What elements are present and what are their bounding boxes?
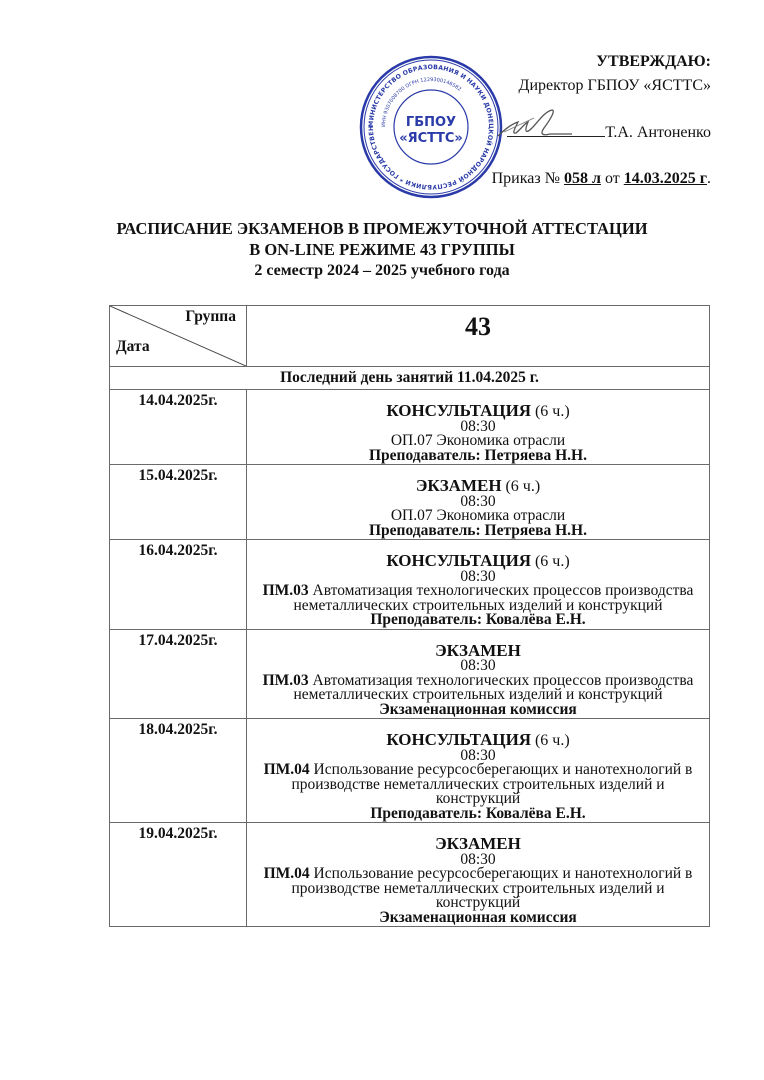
event-type: КОНСУЛЬТАЦИЯ	[386, 730, 531, 749]
group-number: 43	[247, 306, 710, 367]
order-number: 058 л	[564, 170, 601, 187]
approval-heading: УТВЕРЖДАЮ:	[492, 50, 711, 74]
event-cell: КОНСУЛЬТАЦИЯ (6 ч.) 08:30 ПМ.03 Автомати…	[247, 540, 710, 630]
last-day-note: Последний день занятий 11.04.2025 г.	[110, 367, 710, 390]
event-cell: ЭКЗАМЕН 08:30 ПМ.04 Использование ресурс…	[247, 823, 710, 927]
table-row: 18.04.2025г. КОНСУЛЬТАЦИЯ (6 ч.) 08:30 П…	[110, 719, 710, 823]
table-row: 17.04.2025г. ЭКЗАМЕН 08:30 ПМ.03 Автомат…	[110, 629, 710, 719]
subject-name: Автоматизация технологических процессов …	[293, 672, 693, 704]
event-subject: ПМ.04 Использование ресурсосберегающих и…	[259, 867, 697, 911]
order-suffix: .	[707, 170, 711, 187]
order-prefix: Приказ №	[492, 170, 560, 187]
title-line-1: РАСПИСАНИЕ ЭКЗАМЕНОВ В ПРОМЕЖУТОЧНОЙ АТТ…	[0, 218, 764, 239]
event-hours: (6 ч.)	[535, 553, 570, 570]
table-row: 16.04.2025г. КОНСУЛЬТАЦИЯ (6 ч.) 08:30 П…	[110, 540, 710, 630]
svg-text:ГБПОУ: ГБПОУ	[406, 115, 456, 130]
event-cell: ЭКЗАМЕН (6 ч.) 08:30 ОП.07 Экономика отр…	[247, 465, 710, 540]
order-from: от	[605, 170, 620, 187]
date-cell: 17.04.2025г.	[110, 629, 247, 719]
approver-position: Директор ГБПОУ «ЯСТТС»	[492, 74, 711, 98]
svg-text:«ЯСТТС»: «ЯСТТС»	[399, 131, 463, 146]
header-date-label: Дата	[116, 338, 150, 356]
event-hours: (6 ч.)	[535, 403, 570, 420]
subject-name: Использование ресурсосберегающих и нанот…	[291, 761, 692, 807]
event-cell: КОНСУЛЬТАЦИЯ (6 ч.) 08:30 ОП.07 Экономик…	[247, 390, 710, 465]
stamp-seal-icon: МИНИСТЕРСТВО ОБРАЗОВАНИЯ И НАУКИ ДОНЕЦКО…	[358, 54, 504, 200]
event-responsible: Экзаменационная комиссия	[259, 911, 697, 926]
event-responsible: Экзаменационная комиссия	[259, 703, 697, 718]
event-subject: ПМ.03 Автоматизация технологических проц…	[259, 674, 697, 703]
document-title: РАСПИСАНИЕ ЭКЗАМЕНОВ В ПРОМЕЖУТОЧНОЙ АТТ…	[0, 218, 764, 281]
event-hours: (6 ч.)	[535, 732, 570, 749]
last-day-row: Последний день занятий 11.04.2025 г.	[110, 367, 710, 390]
title-line-2: В ON-LINE РЕЖИМЕ 43 ГРУППЫ	[0, 239, 764, 260]
order-date: 14.03.2025 г	[624, 170, 707, 187]
header-group-label: Группа	[185, 308, 236, 326]
table-row: 14.04.2025г. КОНСУЛЬТАЦИЯ (6 ч.) 08:30 О…	[110, 390, 710, 465]
table-row: 19.04.2025г. ЭКЗАМЕН 08:30 ПМ.04 Использ…	[110, 823, 710, 927]
event-hours: (6 ч.)	[505, 478, 540, 495]
event-type: КОНСУЛЬТАЦИЯ	[386, 551, 531, 570]
date-cell: 15.04.2025г.	[110, 465, 247, 540]
event-responsible: Преподаватель: Петряева Н.Н.	[259, 449, 697, 464]
event-responsible: Преподаватель: Ковалёва Е.Н.	[259, 807, 697, 822]
event-cell: КОНСУЛЬТАЦИЯ (6 ч.) 08:30 ПМ.04 Использо…	[247, 719, 710, 823]
subject-name: Использование ресурсосберегающих и нанот…	[291, 865, 692, 911]
date-cell: 19.04.2025г.	[110, 823, 247, 927]
event-responsible: Преподаватель: Ковалёва Е.Н.	[259, 613, 697, 628]
date-cell: 18.04.2025г.	[110, 719, 247, 823]
event-type: КОНСУЛЬТАЦИЯ	[386, 401, 531, 420]
official-stamp: МИНИСТЕРСТВО ОБРАЗОВАНИЯ И НАУКИ ДОНЕЦКО…	[358, 54, 504, 200]
event-subject: ПМ.04 Использование ресурсосберегающих и…	[259, 763, 697, 807]
event-cell: ЭКЗАМЕН 08:30 ПМ.03 Автоматизация технол…	[247, 629, 710, 719]
header-row: Группа Дата 43	[110, 306, 710, 367]
signature-blank	[507, 120, 605, 137]
date-cell: 16.04.2025г.	[110, 540, 247, 630]
subject-name: Автоматизация технологических процессов …	[293, 582, 693, 614]
signatory-name: Т.А. Антоненко	[605, 124, 711, 141]
table-row: 15.04.2025г. ЭКЗАМЕН (6 ч.) 08:30 ОП.07 …	[110, 465, 710, 540]
approval-block: УТВЕРЖДАЮ: Директор ГБПОУ «ЯСТТС» Т.А. А…	[492, 50, 711, 191]
exam-schedule-table: Группа Дата 43 Последний день занятий 11…	[109, 305, 710, 927]
date-cell: 14.04.2025г.	[110, 390, 247, 465]
header-diagonal-cell: Группа Дата	[110, 306, 247, 367]
event-subject: ПМ.03 Автоматизация технологических проц…	[259, 584, 697, 613]
event-responsible: Преподаватель: Петряева Н.Н.	[259, 524, 697, 539]
order-line: Приказ № 058 л от 14.03.2025 г.	[492, 167, 711, 191]
title-line-3: 2 семестр 2024 – 2025 учебного года	[0, 260, 764, 281]
signature-line: Т.А. Антоненко	[492, 120, 711, 145]
